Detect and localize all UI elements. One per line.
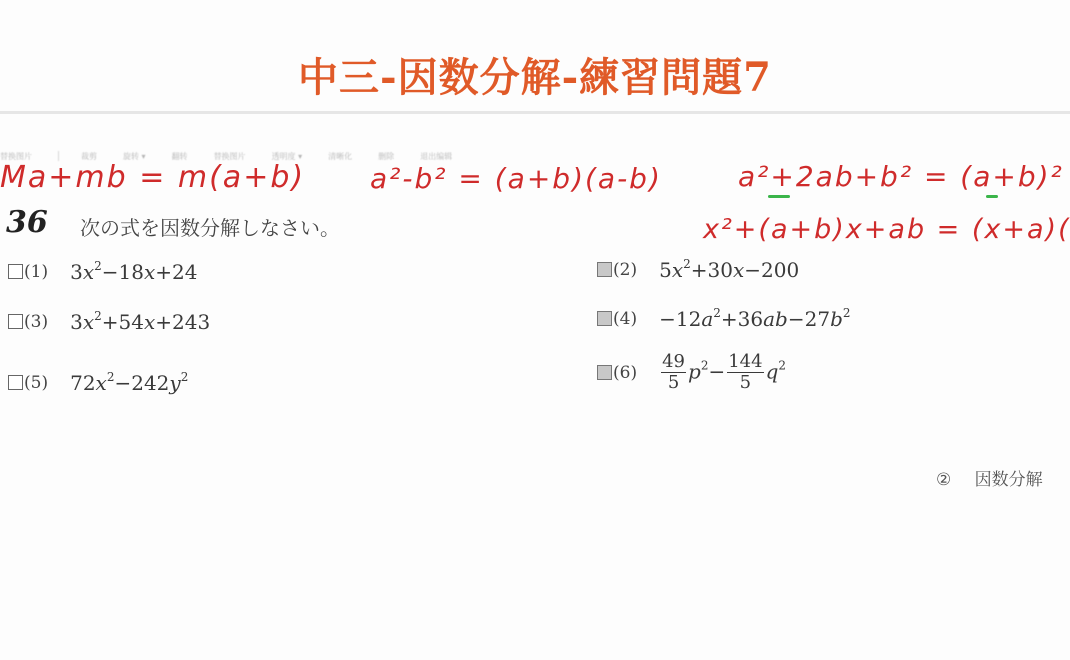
handwritten-note-common-factor: Ma+mb = m(a+b) bbox=[0, 160, 305, 195]
item-expression: −12a2+36ab−27b2 bbox=[659, 306, 850, 331]
item-expression: 3x2+54x+243 bbox=[70, 309, 210, 334]
section-label: 因数分解 bbox=[975, 470, 1043, 490]
item-expression: 5x2+30x−200 bbox=[659, 257, 799, 282]
green-underline-mark bbox=[986, 195, 998, 198]
checkbox[interactable] bbox=[8, 264, 23, 279]
header-divider bbox=[0, 111, 1070, 114]
item-expression: 49 5 p2− 144 5 q2 bbox=[659, 353, 786, 393]
checkbox[interactable] bbox=[8, 375, 23, 390]
problem-instruction: 次の式を因数分解しなさい。 bbox=[80, 212, 340, 241]
toolbar-item-sharpen[interactable]: 清晰化 bbox=[328, 151, 352, 162]
handwritten-note-difference-of-squares: a²-b² = (a+b)(a-b) bbox=[370, 162, 662, 195]
problem-item-5: (5) 72x2−242y2 bbox=[8, 370, 188, 395]
item-label: (6) bbox=[613, 363, 637, 383]
toolbar-item-delete[interactable]: 删除 bbox=[378, 151, 394, 162]
checkbox[interactable] bbox=[8, 314, 23, 329]
green-underline-mark bbox=[768, 195, 790, 198]
item-label: (4) bbox=[613, 309, 637, 329]
item-label: (3) bbox=[24, 312, 48, 332]
circled-number-marker: ② bbox=[936, 470, 951, 490]
checkbox-checked[interactable] bbox=[597, 365, 612, 380]
fraction: 49 5 bbox=[661, 353, 686, 393]
section-heading: ② 因数分解 bbox=[936, 465, 1043, 490]
checkbox-checked[interactable] bbox=[597, 311, 612, 326]
handwritten-note-sum-product: x²+(a+b)x+ab = (x+a)(x+b bbox=[703, 214, 1070, 245]
problem-item-4: (4) −12a2+36ab−27b2 bbox=[597, 306, 851, 331]
item-expression: 72x2−242y2 bbox=[70, 370, 188, 395]
toolbar-item-exit-edit[interactable]: 退出编辑 bbox=[420, 151, 452, 162]
problem-item-6: (6) 49 5 p2− 144 5 q2 bbox=[597, 353, 786, 393]
item-label: (1) bbox=[24, 262, 48, 282]
item-label: (5) bbox=[24, 373, 48, 393]
problem-item-1: (1) 3x2−18x+24 bbox=[8, 259, 197, 284]
problem-number: 36 bbox=[6, 205, 48, 240]
fraction: 144 5 bbox=[727, 353, 763, 393]
item-label: (2) bbox=[613, 260, 637, 280]
item-expression: 3x2−18x+24 bbox=[70, 259, 197, 284]
checkbox-checked[interactable] bbox=[597, 262, 612, 277]
page-title: 中三-因数分解-練習問題7 bbox=[0, 46, 1070, 103]
problem-item-3: (3) 3x2+54x+243 bbox=[8, 309, 210, 334]
problem-item-2: (2) 5x2+30x−200 bbox=[597, 257, 799, 282]
handwritten-note-perfect-square: a²+2ab+b² = (a+b)² bbox=[738, 160, 1064, 193]
